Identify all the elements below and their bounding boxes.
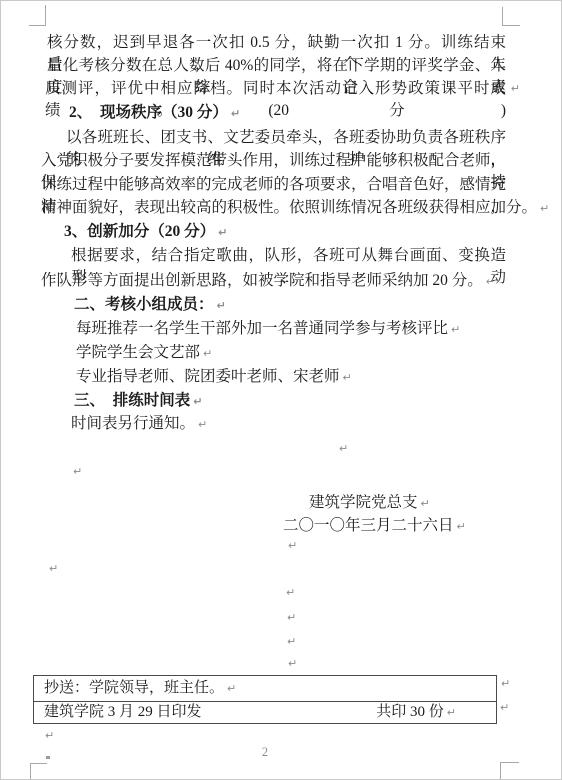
body-line-text: 学院学生会文艺部: [76, 344, 200, 361]
heading-text: 二、考核小组成员：: [74, 296, 214, 313]
paragraph-mark-icon: ↵: [421, 497, 430, 510]
body-line-text: 时间表另行通知。: [71, 415, 195, 432]
body-line: 质测评，评优中相应降档。同时本次活动记入形势政策课平时成绩。(20 分)↵: [45, 78, 506, 100]
body-line: 精神面貌好，表现出较高的积极性。依照训练情况各班级获得相应加分。↵: [41, 197, 549, 219]
text-boundary-mark-bottom-right: [500, 762, 519, 780]
print-row-issuer-text: 建筑学院 3 月 29 日印发: [44, 702, 202, 723]
signature-date: 二〇一〇年三月二十六日↵: [283, 515, 466, 537]
print-row: 建筑学院 3 月 29 日印发 共印 30 份↵: [34, 702, 496, 723]
paragraph-mark-icon: ↵: [193, 395, 202, 408]
paragraph-mark-icon: ↵: [286, 586, 295, 600]
paragraph-mark-icon: ↵: [343, 371, 352, 384]
paragraph-mark-icon: ↵: [288, 539, 297, 553]
cc-row-text: 抄送：学院领导，班主任。: [44, 680, 224, 696]
paragraph-mark-icon: ↵: [217, 299, 226, 312]
heading-text: 2、 现场秩序（30 分）: [69, 104, 228, 121]
body-line-text: 精神面貌好，表现出较高的积极性。依照训练情况各班级获得相应加分。: [41, 199, 537, 216]
paragraph-mark-icon: ↵: [511, 78, 520, 100]
heading-rehearsal-schedule: 三、 排练时间表↵: [74, 390, 202, 412]
paragraph-mark-icon: ↵: [198, 418, 207, 431]
paragraph-mark-icon: ↵: [540, 202, 549, 215]
paragraph-mark-icon: ↵: [288, 657, 297, 671]
body-line: 量化考核分数在总人数后 40%的同学，将在下学期的评奖学金、年度综合素: [47, 55, 506, 77]
body-line: 作队形等方面提出创新思路，如被学院和指导老师采纳加 20 分。↵: [41, 270, 495, 292]
heading-text: 三、 排练时间表: [74, 392, 190, 409]
paragraph-mark-icon: ↵: [339, 442, 348, 456]
paragraph-mark-icon: ↵: [227, 682, 236, 695]
page-number: 2: [34, 745, 496, 760]
paragraph-mark-icon: ↵: [73, 465, 82, 479]
body-line-text: 专业指导老师、院团委叶老师、宋老师: [76, 368, 340, 385]
paragraph-mark-icon: ↵: [49, 562, 58, 576]
paragraph-mark-icon: ↵: [500, 701, 509, 715]
print-row-copies-text: 共印 30 份: [376, 704, 444, 720]
heading-innovation-bonus: 3、创新加分（20 分）↵: [64, 221, 227, 243]
paragraph-mark-icon: ↵: [457, 520, 466, 533]
body-line: 每班推荐一名学生干部外加一名普通同学参与考核评比↵: [76, 318, 460, 340]
text-boundary-mark-top-left: [29, 5, 46, 26]
cc-print-table: 抄送：学院领导，班主任。↵ 建筑学院 3 月 29 日印发 共印 30 份↵: [33, 675, 497, 724]
paragraph-mark-icon: ↵: [287, 611, 296, 625]
heading-text: 3、创新加分（20 分）: [64, 223, 215, 240]
body-line: 入党积极分子要发挥模范带头作用，训练过程中能够积极配合老师，保持: [41, 150, 506, 172]
body-line: 训练过程中能够高效率的完成老师的各项要求，合唱音色好，感情充沛，: [41, 174, 506, 196]
body-line: 专业指导老师、院团委叶老师、宋老师↵: [76, 366, 352, 388]
body-line: 以各班班长、团支书、文艺委员牵头，各班委协助负责各班秩序的维护，: [66, 127, 506, 149]
paragraph-mark-icon: ↵: [45, 729, 54, 743]
paragraph-mark-icon: ↵: [451, 323, 460, 336]
body-line: 根据要求，结合指定歌曲，队形，各班可从舞台画面、变换造型、动: [71, 245, 506, 267]
paragraph-mark-icon: ↵: [287, 635, 296, 649]
document-page: 核分数，迟到早退各一次扣 0.5 分，缺勤一次扣 1 分。训练结束后，个人 量化…: [0, 0, 562, 780]
body-line: 时间表另行通知。↵: [71, 413, 207, 435]
signature-date-text: 二〇一〇年三月二十六日: [283, 517, 454, 534]
print-row-copies: 共印 30 份↵: [376, 702, 456, 723]
body-line-text: 每班推荐一名学生干部外加一名普通同学参与考核评比: [76, 320, 448, 337]
body-line: 核分数，迟到早退各一次扣 0.5 分，缺勤一次扣 1 分。训练结束后，个人: [47, 32, 506, 54]
body-line: 学院学生会文艺部↵: [76, 342, 212, 364]
cc-row: 抄送：学院领导，班主任。↵: [34, 676, 496, 702]
text-boundary-mark-top-right: [502, 7, 520, 26]
text-boundary-mark-bottom-left: [30, 763, 47, 780]
paragraph-mark-icon: ↵: [231, 107, 240, 120]
paragraph-mark-icon: ↵: [486, 275, 495, 288]
paragraph-mark-icon: ↵: [203, 347, 212, 360]
paragraph-mark-icon: ↵: [501, 677, 510, 691]
heading-assessment-team: 二、考核小组成员：↵: [74, 294, 226, 316]
signature-org: 建筑学院党总支↵: [309, 492, 430, 514]
paragraph-mark-icon: ↵: [218, 226, 227, 239]
signature-org-text: 建筑学院党总支: [309, 494, 418, 511]
heading-onsite-order: 2、 现场秩序（30 分）↵: [69, 102, 240, 124]
body-line-text: 作队形等方面提出创新思路，如被学院和指导老师采纳加 20 分。: [41, 272, 483, 289]
paragraph-mark-icon: ↵: [447, 706, 456, 719]
